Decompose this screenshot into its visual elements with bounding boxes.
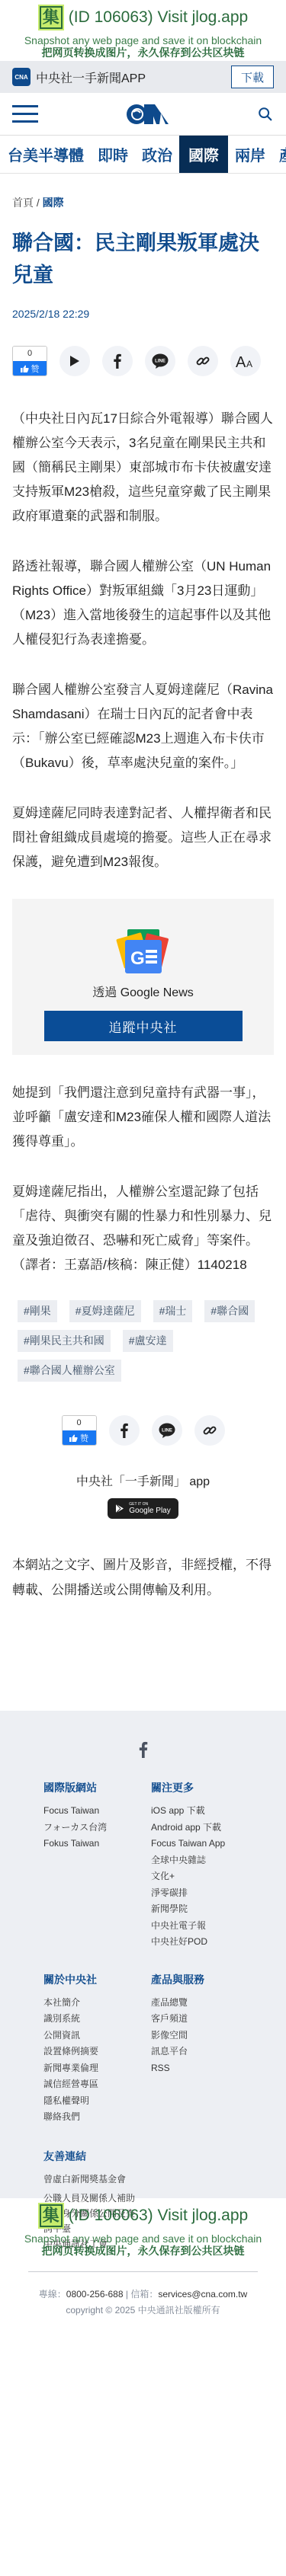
cna-app-logo-icon: CNA (12, 68, 31, 86)
svg-text:LINE: LINE (155, 360, 165, 364)
facebook-icon (139, 1741, 148, 1758)
tag-item[interactable]: #聯合國 (204, 1300, 255, 1322)
google-play-icon (115, 1504, 124, 1513)
tag-item[interactable]: #聯合國人權辦公室 (18, 1360, 121, 1382)
link-icon (196, 354, 210, 368)
footer-heading: 友善連結 (43, 2149, 286, 2164)
line-icon: LINE (152, 353, 169, 369)
jlog-subtitle-zh: 把网页转换成图片，永久保存到公共区块链 (0, 2245, 286, 2257)
tag-item[interactable]: #剛果 (18, 1300, 57, 1322)
footer-link[interactable]: 新聞專業倫理 (43, 2060, 151, 2077)
breadcrumb-current[interactable]: 國際 (43, 197, 64, 209)
footer-heading: 關於中央社 (43, 1972, 151, 1987)
footer-heading: 國際版網站 (43, 1780, 151, 1795)
footer-link[interactable]: 隱私權聲明 (43, 2093, 151, 2110)
nav-item-international[interactable]: 國際 (179, 136, 228, 173)
footer-link[interactable]: 本社簡介 (43, 1995, 151, 2012)
footer-link[interactable]: Android app 下載 (151, 1820, 259, 1836)
footer-link[interactable]: 曾虛白新聞獎基金會 (43, 2172, 135, 2188)
nav-item-cross-strait[interactable]: 兩岸 (228, 136, 272, 173)
tag-item[interactable]: #剛果民主共和國 (18, 1330, 111, 1352)
site-footer: 國際版網站 Focus Taiwan フォーカス台湾 Fokus Taiwan … (0, 1711, 286, 2198)
footer-link[interactable]: 新聞學院 (151, 1901, 259, 1918)
cna-logo[interactable] (126, 103, 170, 126)
article-paragraph: 聯合國人權辦公室發言人夏姆達薩尼（Ravina Shamdasani）在瑞士日內… (12, 678, 274, 775)
jlog-badge-icon: 集 (38, 5, 64, 30)
article-paragraph: 夏姆達薩尼指出，人權辦公室還記錄了包括「虐待、與衝突有關的性暴力和性別暴力、兒童… (12, 1180, 274, 1277)
footer-contact: 專線：0800-256-688 | 信箱：services@cna.com.tw (0, 2287, 286, 2300)
article-paragraph: 路透社報導，聯合國人權辦公室（UN Human Rights Office）對叛… (12, 555, 274, 652)
contact-email[interactable]: services@cna.com.tw (158, 2289, 247, 2300)
hotline-number[interactable]: 0800-256-688 (66, 2289, 124, 2300)
footer-link[interactable]: 誠信經營專區 (43, 2076, 151, 2093)
article-paragraph: 她提到「我們還注意到兒童持有武器一事」，並呼籲「盧安達和M23確保人權和國際人道… (12, 1081, 274, 1154)
article-title: 聯合國：民主剛果叛軍處決兒童 (12, 227, 274, 291)
footer-link[interactable]: 全球中央雜誌 (151, 1852, 259, 1869)
like-label: 赞 (31, 363, 40, 375)
jlog-title[interactable]: (ID 106063) Visit jlog.app (69, 8, 248, 27)
footer-link[interactable]: RSS (151, 2060, 259, 2077)
link-icon (203, 1424, 217, 1437)
breadcrumb: 首頁 / 國際 (12, 195, 274, 210)
svg-text:A: A (236, 354, 246, 368)
font-size-button[interactable]: AA (230, 346, 261, 376)
app-promo: 中央社「一手新聞」 app GET IT ON Google Play (12, 1472, 274, 1519)
line-share-button[interactable]: LINE (145, 346, 175, 376)
article-date: 2025/2/18 22:29 (12, 308, 274, 320)
footer-link[interactable]: Focus Taiwan App (151, 1836, 259, 1852)
footer-col-follow: 關注更多 iOS app 下載 Android app 下載 Focus Tai… (151, 1780, 259, 1951)
footer-link[interactable]: Fokus Taiwan (43, 1836, 151, 1852)
fb-like-button[interactable]: 0 赞 (62, 1415, 97, 1446)
tag-item[interactable]: #夏姆達薩尼 (69, 1300, 141, 1322)
footer-link[interactable]: Focus Taiwan (43, 1803, 151, 1820)
copyright-notice: 本網站之文字、圖片及影音，非經授權，不得轉載、公開播送或公開傳輸及利用。 (12, 1552, 274, 1603)
footer-link[interactable]: 中央社好POD (151, 1934, 259, 1951)
footer-copyright: copyright © 2025 中央通訊社版權所有 (0, 2303, 286, 2316)
footer-heading: 產品與服務 (151, 1972, 259, 1987)
article-paragraph: （中央社日內瓦17日綜合外電報導）聯合國人權辦公室今天表示，3名兒童在剛果民主共… (12, 407, 274, 529)
like-count: 0 (13, 347, 47, 361)
breadcrumb-separator: / (34, 197, 43, 209)
footer-col-international: 國際版網站 Focus Taiwan フォーカス台湾 Fokus Taiwan (43, 1780, 151, 1951)
follow-cna-button[interactable]: 追蹤中央社 (44, 1011, 243, 1041)
footer-link[interactable]: 設置條例摘要 (43, 2044, 151, 2060)
tag-list: #剛果 #夏姆達薩尼 #瑞士 #聯合國 #剛果民主共和國 #盧安達 #聯合國人權… (12, 1300, 274, 1382)
jlog-subtitle-en: Snapshot any web page and save it on blo… (0, 34, 286, 46)
footer-link[interactable]: 中央社電子報 (151, 1918, 259, 1935)
facebook-icon (114, 353, 121, 369)
facebook-share-button[interactable] (109, 1415, 140, 1446)
search-icon[interactable] (257, 106, 274, 123)
svg-text:A: A (246, 359, 252, 368)
thumbs-up-icon (69, 1434, 78, 1442)
footer-col-about: 關於中央社 本社簡介 識別系統 公開資訊 設置條例摘要 新聞專業倫理 誠信經營專… (43, 1972, 151, 2126)
google-news-icon: G (115, 929, 172, 973)
share-toolbar-top: 0 赞 LINE AA (12, 346, 274, 376)
google-news-label: 透過 Google News (92, 983, 194, 1000)
footer-link[interactable]: 影像空間 (151, 2028, 259, 2044)
google-play-badge[interactable]: GET IT ON Google Play (108, 1498, 178, 1519)
jlog-title[interactable]: (ID 106063) Visit jlog.app (69, 2207, 248, 2225)
footer-link[interactable]: 訊息平台 (151, 2044, 259, 2060)
category-nav: 台美半導體 即時 政治 國際 兩岸 產 (0, 136, 286, 174)
line-share-button[interactable]: LINE (152, 1415, 182, 1446)
nav-item-instant[interactable]: 即時 (91, 136, 135, 173)
footer-link[interactable]: 文化+ (151, 1868, 259, 1885)
footer-link[interactable]: iOS app 下載 (151, 1803, 259, 1820)
tag-item[interactable]: #盧安達 (123, 1330, 173, 1352)
footer-divider (28, 2271, 258, 2272)
like-count: 0 (63, 1416, 96, 1430)
app-download-bar: CNA 中央社一手新聞APP 下載 (0, 61, 286, 93)
jlog-banner-top: 集 (ID 106063) Visit jlog.app Snapshot an… (0, 0, 286, 61)
like-label: 赞 (80, 1432, 88, 1444)
footer-col-products: 產品與服務 產品總覽 客戶頻道 影像空間 訊息平台 RSS (151, 1972, 259, 2126)
share-toolbar-bottom: 0 赞 LINE (12, 1415, 274, 1446)
line-icon: LINE (159, 1423, 175, 1438)
google-news-promo: G 透過 Google News 追蹤中央社 (12, 899, 274, 1055)
nav-item-industry[interactable]: 產 (272, 136, 286, 173)
footer-link[interactable]: 公開資訊 (43, 2028, 151, 2044)
nav-item-semiconductor[interactable]: 台美半導體 (0, 136, 91, 173)
footer-facebook-link[interactable] (0, 1741, 286, 1762)
font-size-icon: AA (236, 354, 255, 368)
fb-like-button[interactable]: 0 赞 (12, 346, 47, 376)
svg-text:G: G (130, 948, 145, 969)
tag-item[interactable]: #瑞士 (153, 1300, 193, 1322)
thumbs-up-icon (21, 365, 29, 372)
footer-link[interactable]: 淨零碳排 (151, 1885, 259, 1902)
facebook-icon (121, 1423, 128, 1438)
footer-link[interactable]: フォーカス台湾 (43, 1820, 151, 1836)
svg-text:LINE: LINE (162, 1429, 172, 1433)
app-name: 中央社一手新聞APP (36, 69, 231, 86)
copy-link-button[interactable] (194, 1415, 225, 1446)
facebook-share-button[interactable] (102, 346, 133, 376)
article-paragraph: 夏姆達薩尼同時表達對記者、人權捍衛者和民間社會組織成員處境的擔憂。這些人正在尋求… (12, 801, 274, 874)
article: 首頁 / 國際 聯合國：民主剛果叛軍處決兒童 2025/2/18 22:29 0… (0, 195, 286, 1603)
copy-link-button[interactable] (188, 346, 218, 376)
footer-link[interactable]: 聯絡我們 (43, 2109, 151, 2126)
breadcrumb-home[interactable]: 首頁 (12, 197, 34, 209)
nav-item-politics[interactable]: 政治 (135, 136, 179, 173)
play-icon (69, 355, 80, 367)
jlog-badge-icon: 集 (38, 2203, 64, 2229)
footer-heading: 關注更多 (151, 1780, 259, 1795)
footer-row-2: 關於中央社 本社簡介 識別系統 公開資訊 設置條例摘要 新聞專業倫理 誠信經營專… (0, 1972, 286, 2126)
jlog-subtitle-en: Snapshot any web page and save it on blo… (0, 2232, 286, 2245)
site-header (0, 93, 286, 136)
footer-row-1: 國際版網站 Focus Taiwan フォーカス台湾 Fokus Taiwan … (0, 1780, 286, 1951)
download-button[interactable]: 下載 (231, 66, 274, 88)
app-promo-text: 中央社「一手新聞」 app (12, 1472, 274, 1489)
play-audio-button[interactable] (59, 346, 90, 376)
footer-link[interactable]: 客戶頻道 (151, 2011, 259, 2028)
hamburger-icon[interactable] (12, 105, 38, 123)
jlog-subtitle-zh: 把网页转换成图片，永久保存到公共区块链 (0, 46, 286, 59)
footer-link[interactable]: 產品總覽 (151, 1995, 259, 2012)
footer-link[interactable]: 識別系統 (43, 2011, 151, 2028)
